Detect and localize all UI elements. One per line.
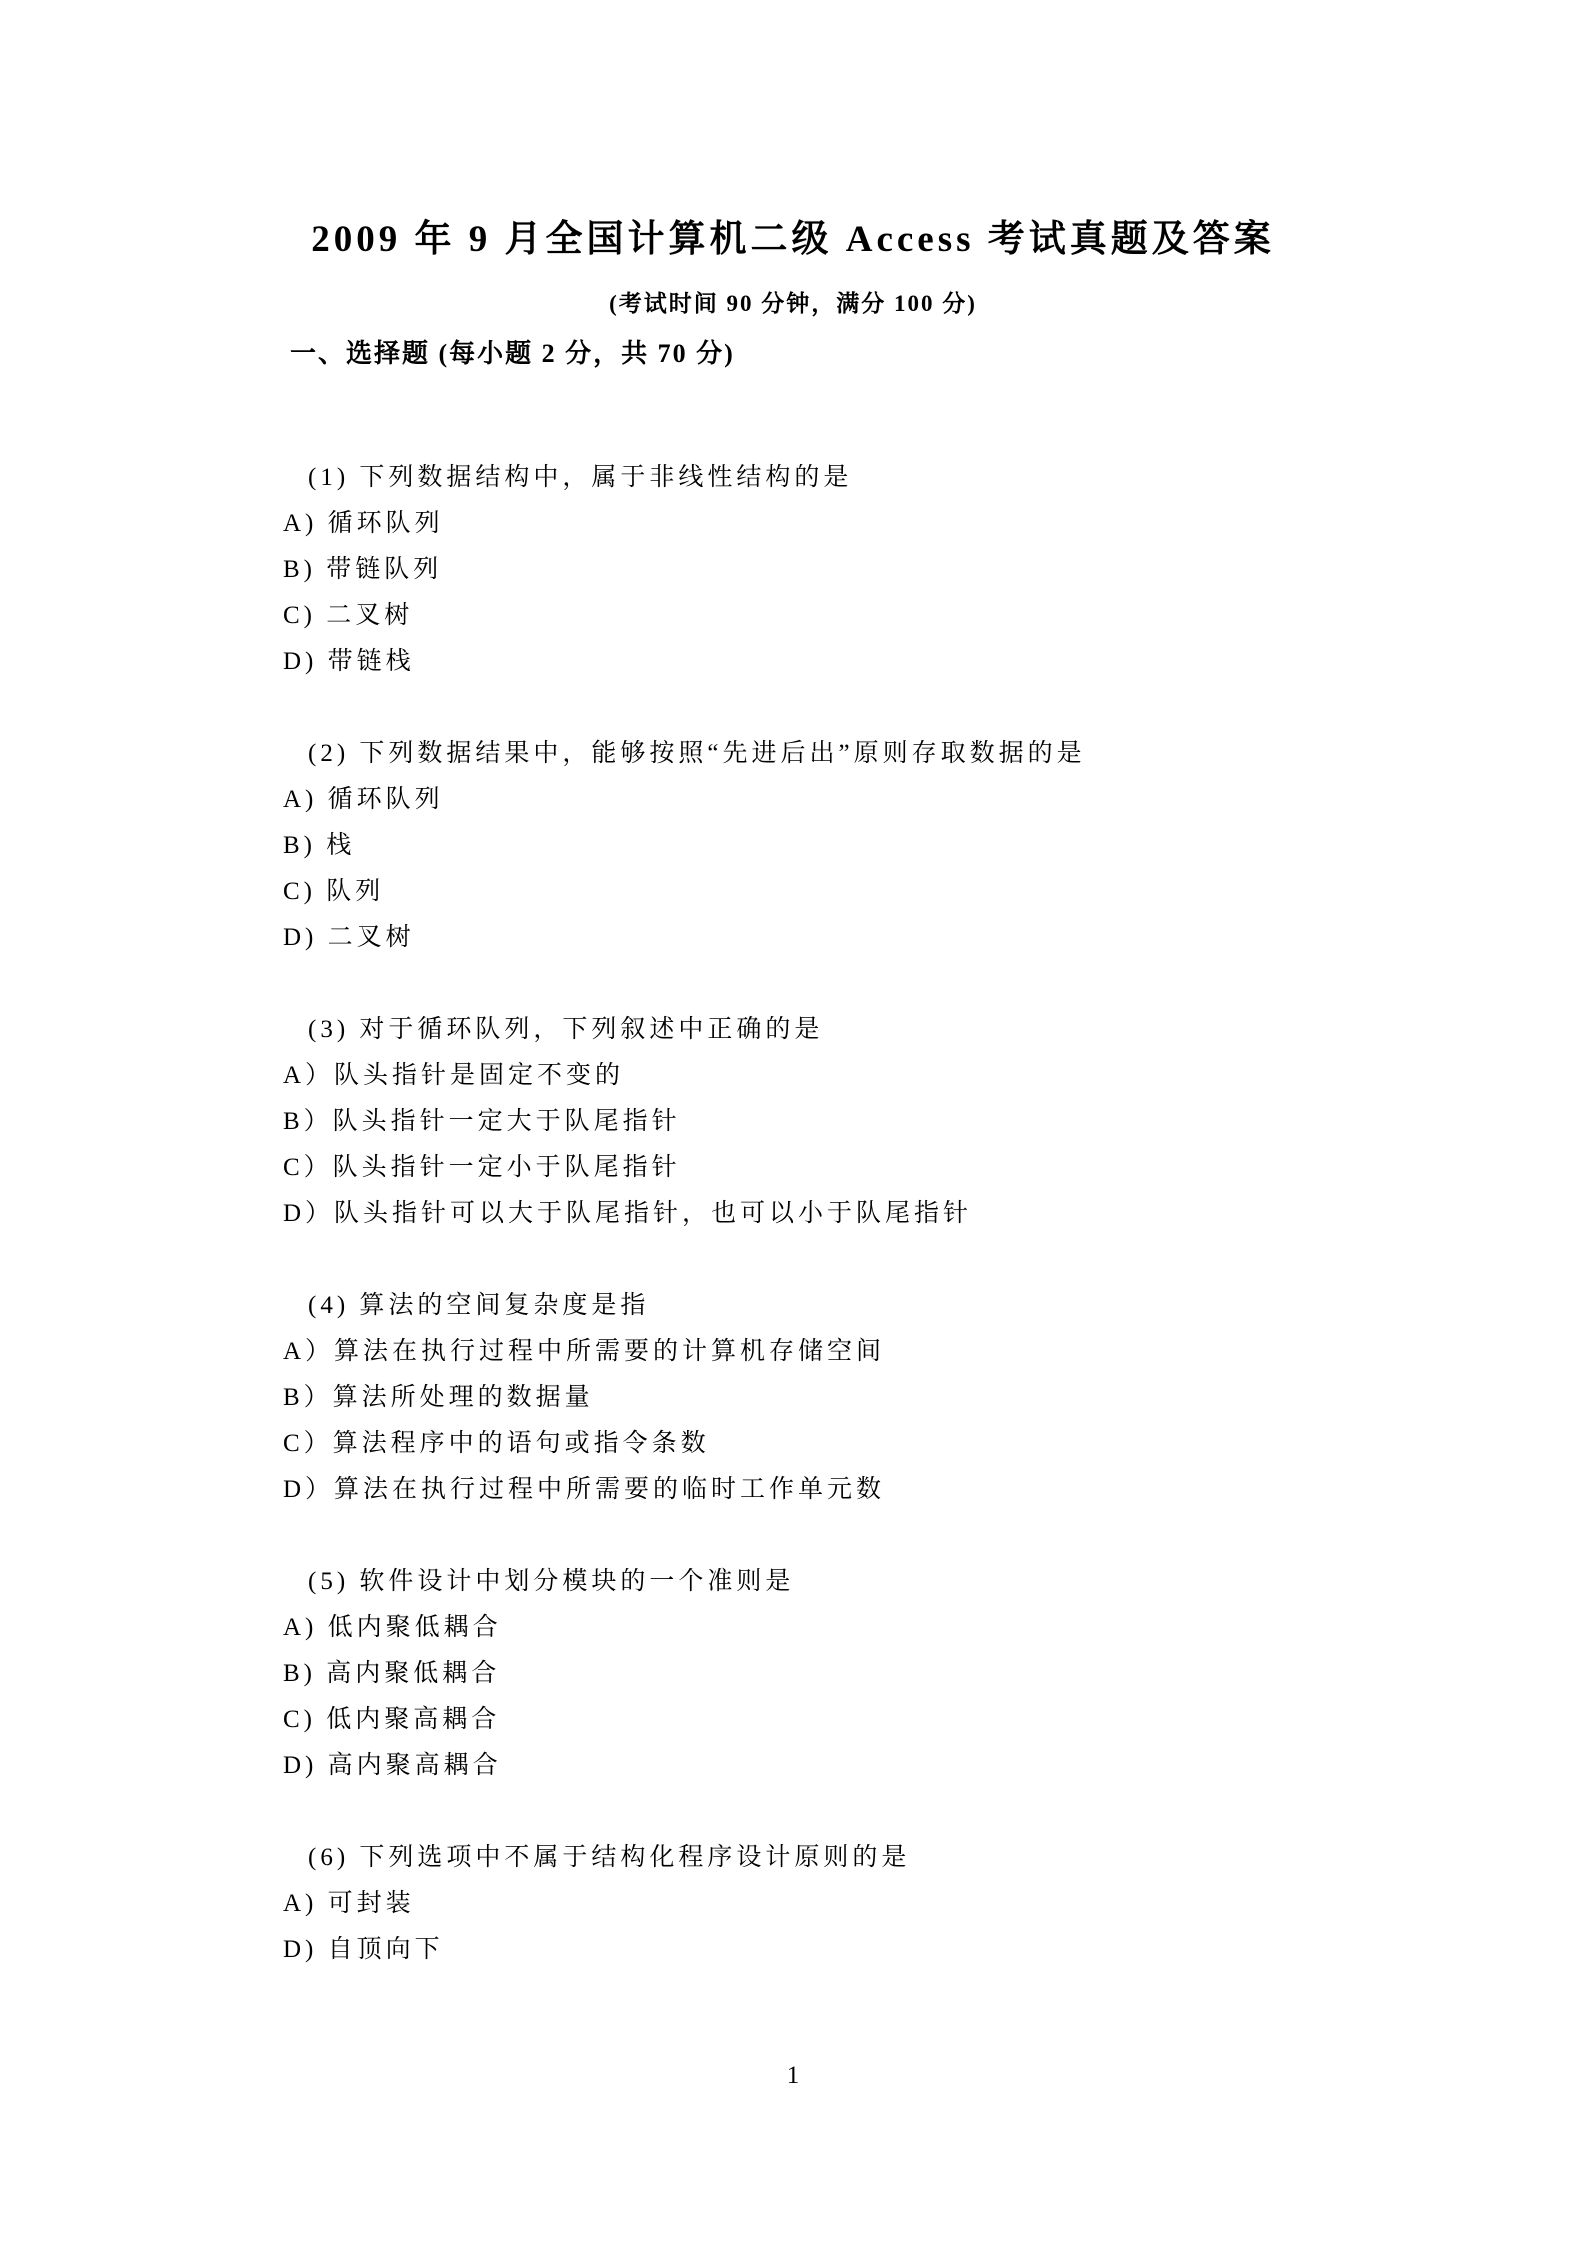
option-b: B) 高内聚低耦合 bbox=[283, 1651, 1483, 1697]
option-c: C) 二叉树 bbox=[283, 593, 1483, 639]
option-a: A) 循环队列 bbox=[283, 777, 1483, 823]
option-d: D）算法在执行过程中所需要的临时工作单元数 bbox=[283, 1467, 1483, 1513]
question-stem: (3) 对于循环队列，下列叙述中正确的是 bbox=[283, 1007, 1483, 1053]
option-a: A）队头指针是固定不变的 bbox=[283, 1053, 1483, 1099]
option-b: B) 带链队列 bbox=[283, 547, 1483, 593]
option-c: C) 低内聚高耦合 bbox=[283, 1697, 1483, 1743]
question-stem: (1) 下列数据结构中，属于非线性结构的是 bbox=[283, 455, 1483, 501]
page-title: 2009 年 9 月全国计算机二级 Access 考试真题及答案 bbox=[0, 208, 1586, 262]
option-c: C）队头指针一定小于队尾指针 bbox=[283, 1145, 1483, 1191]
question-6: (6) 下列选项中不属于结构化程序设计原则的是 A) 可封装 D) 自顶向下 bbox=[283, 1835, 1483, 1973]
question-3: (3) 对于循环队列，下列叙述中正确的是 A）队头指针是固定不变的 B）队头指针… bbox=[283, 1007, 1483, 1237]
option-a: A) 可封装 bbox=[283, 1881, 1483, 1927]
option-a: A) 低内聚低耦合 bbox=[283, 1605, 1483, 1651]
option-d: D) 自顶向下 bbox=[283, 1927, 1483, 1973]
question-4: (4) 算法的空间复杂度是指 A）算法在执行过程中所需要的计算机存储空间 B）算… bbox=[283, 1283, 1483, 1513]
section-heading-choice-questions: 一、选择题 (每小题 2 分，共 70 分) bbox=[290, 333, 735, 370]
question-2: (2) 下列数据结果中，能够按照“先进后出”原则存取数据的是 A) 循环队列 B… bbox=[283, 731, 1483, 961]
option-c: C) 队列 bbox=[283, 869, 1483, 915]
exam-time-score-subtitle: (考试时间 90 分钟，满分 100 分) bbox=[0, 285, 1586, 318]
option-c: C）算法程序中的语句或指令条数 bbox=[283, 1421, 1483, 1467]
question-stem: (5) 软件设计中划分模块的一个准则是 bbox=[283, 1559, 1483, 1605]
option-d: D) 二叉树 bbox=[283, 915, 1483, 961]
question-list: (1) 下列数据结构中，属于非线性结构的是 A) 循环队列 B) 带链队列 C)… bbox=[283, 455, 1483, 2019]
option-a: A) 循环队列 bbox=[283, 501, 1483, 547]
option-b: B) 栈 bbox=[283, 823, 1483, 869]
option-d: D）队头指针可以大于队尾指针，也可以小于队尾指针 bbox=[283, 1191, 1483, 1237]
question-stem: (6) 下列选项中不属于结构化程序设计原则的是 bbox=[283, 1835, 1483, 1881]
option-d: D) 带链栈 bbox=[283, 639, 1483, 685]
question-5: (5) 软件设计中划分模块的一个准则是 A) 低内聚低耦合 B) 高内聚低耦合 … bbox=[283, 1559, 1483, 1789]
question-stem: (2) 下列数据结果中，能够按照“先进后出”原则存取数据的是 bbox=[283, 731, 1483, 777]
option-b: B）算法所处理的数据量 bbox=[283, 1375, 1483, 1421]
question-stem: (4) 算法的空间复杂度是指 bbox=[283, 1283, 1483, 1329]
option-d: D) 高内聚高耦合 bbox=[283, 1743, 1483, 1789]
option-a: A）算法在执行过程中所需要的计算机存储空间 bbox=[283, 1329, 1483, 1375]
question-1: (1) 下列数据结构中，属于非线性结构的是 A) 循环队列 B) 带链队列 C)… bbox=[283, 455, 1483, 685]
option-b: B）队头指针一定大于队尾指针 bbox=[283, 1099, 1483, 1145]
page-number: 1 bbox=[0, 2062, 1586, 2090]
